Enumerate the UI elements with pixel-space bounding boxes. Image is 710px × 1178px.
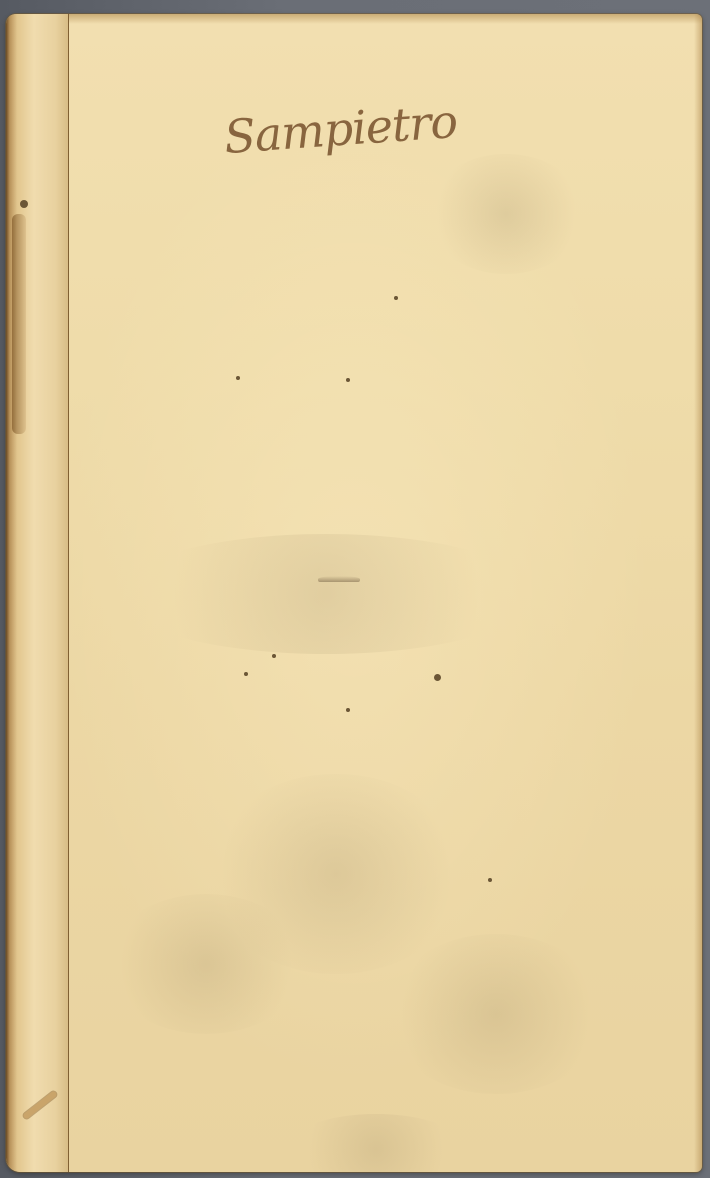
stain	[386, 934, 606, 1094]
fore-edge	[694, 14, 702, 1172]
speck	[394, 296, 398, 300]
speck	[346, 708, 350, 712]
speck	[20, 200, 28, 208]
stain	[426, 154, 586, 274]
speck	[236, 376, 240, 380]
stain	[286, 1114, 466, 1172]
surface-crease	[318, 576, 360, 582]
book-spine	[6, 14, 69, 1172]
speck	[488, 878, 492, 882]
speck	[244, 672, 248, 676]
speck	[346, 378, 350, 382]
speck	[434, 674, 441, 681]
speck	[272, 654, 276, 658]
top-edge	[6, 14, 702, 24]
book-cover: Sampietro	[6, 14, 702, 1172]
stain	[106, 894, 306, 1034]
handwritten-inscription: Sampietro	[222, 94, 458, 164]
stain	[116, 534, 536, 654]
